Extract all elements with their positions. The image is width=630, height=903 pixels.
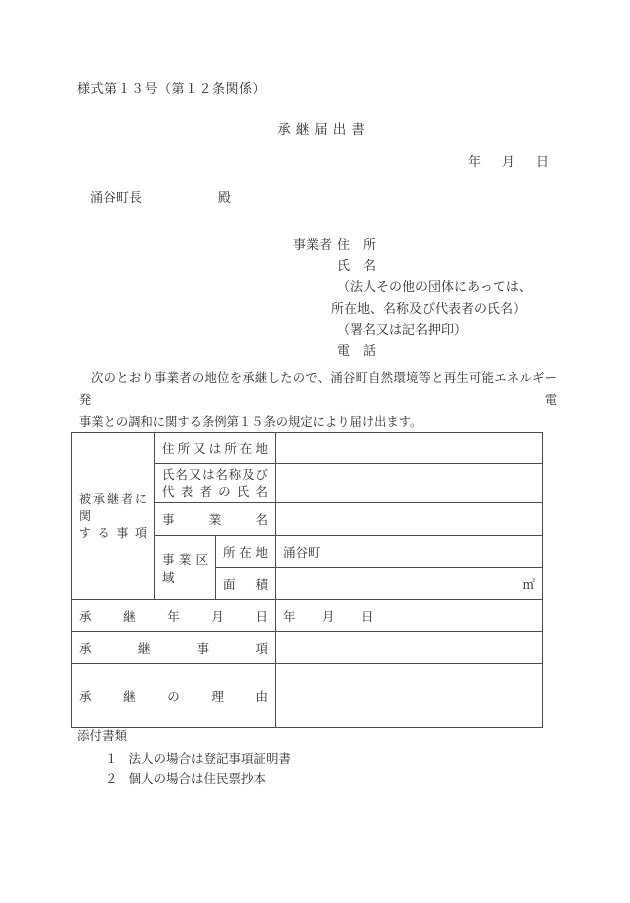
applicant-signature-note: （署名又は記名押印） bbox=[337, 320, 532, 341]
body-line-1: 次のとおり事業者の地位を承継したので、涌谷町自然環境等と再生可能エネルギー発電 bbox=[79, 367, 557, 411]
row-succession-matter: 承継事項 bbox=[72, 632, 543, 664]
business-name-label-cell: 事業名 bbox=[155, 503, 276, 536]
recipient-honorific: 殿 bbox=[218, 191, 231, 207]
succession-matter-label-cell: 承継事項 bbox=[72, 632, 276, 664]
form-number: 様式第１３号（第１２条関係） bbox=[77, 82, 266, 97]
document-title: 承継届出書 bbox=[0, 118, 630, 138]
applicant-phone-line: 電 話 bbox=[337, 341, 532, 362]
business-name-value-cell bbox=[276, 503, 543, 536]
recipient-name: 涌谷町長 bbox=[90, 191, 142, 207]
applicant-address-line: 住 所 bbox=[337, 235, 532, 256]
applicant-block: 事業者 住 所 氏 名 （法人その他の団体にあっては、 所在地、名称及び代表者の… bbox=[293, 235, 532, 362]
succession-matter-value-cell bbox=[276, 632, 543, 664]
applicant-lines: 住 所 氏 名 （法人その他の団体にあっては、 所在地、名称及び代表者の氏名） … bbox=[337, 235, 532, 362]
location-value-cell: 涌谷町 bbox=[276, 536, 543, 568]
address-value-cell bbox=[276, 433, 543, 464]
body-line-2: 事業との調和に関する条例第１５条の規定により届け出ます。 bbox=[79, 411, 557, 433]
document-page: 様式第１３号（第１２条関係） 承継届出書 年 月 日 涌谷町長 殿 事業者 住 … bbox=[0, 0, 630, 903]
body-paragraph: 次のとおり事業者の地位を承継したので、涌谷町自然環境等と再生可能エネルギー発電 … bbox=[79, 367, 557, 433]
attachments-section: 添付書類 １ 法人の場合は登記事項証明書 ２ 個人の場合は住民票抄本 bbox=[77, 728, 291, 789]
applicant-name-line: 氏 名 bbox=[337, 256, 532, 277]
succession-date-label-cell: 承継年月日 bbox=[72, 600, 276, 632]
applicant-label: 事業者 bbox=[293, 235, 332, 256]
address-label-cell: 住所又は所在地 bbox=[155, 433, 276, 464]
attachment-item-1-text: 法人の場合は登記事項証明書 bbox=[129, 751, 292, 766]
attachment-item-2-number: ２ bbox=[105, 771, 118, 786]
name-label-line-2: 代表者の氏名 bbox=[162, 483, 268, 500]
applicant-note-line-1: （法人その他の団体にあっては、 bbox=[337, 277, 532, 298]
row-address: 被承継者に関 する事項 住所又は所在地 bbox=[72, 433, 543, 464]
succession-date-value-cell: 年 月 日 bbox=[276, 600, 543, 632]
applicant-note-line-2: 所在地、名称及び代表者の氏名） bbox=[331, 299, 532, 320]
name-label-line-1: 氏名又は名称及び bbox=[162, 466, 268, 483]
row-succession-date: 承継年月日 年 月 日 bbox=[72, 600, 543, 632]
attachment-item-2: ２ 個人の場合は住民票抄本 bbox=[77, 769, 291, 789]
date-line: 年 月 日 bbox=[468, 155, 553, 171]
name-label-cell: 氏名又は名称及び 代表者の氏名 bbox=[155, 464, 276, 503]
recipient-row: 涌谷町長 殿 bbox=[90, 191, 231, 207]
name-value-cell bbox=[276, 464, 543, 503]
succession-reason-value-cell bbox=[276, 664, 543, 728]
attachment-item-2-text: 個人の場合は住民票抄本 bbox=[129, 771, 267, 786]
attachment-item-1: １ 法人の場合は登記事項証明書 bbox=[77, 749, 291, 769]
succession-reason-label-cell: 承継の理由 bbox=[72, 664, 276, 728]
form-table: 被承継者に関 する事項 住所又は所在地 氏名又は名称及び 代表者の氏名 事業名 … bbox=[71, 432, 543, 728]
area-unit-cell: ㎡ bbox=[276, 568, 543, 600]
location-label-cell: 所在地 bbox=[216, 536, 276, 568]
attachment-item-1-number: １ bbox=[105, 751, 118, 766]
zone-label-cell: 事業区域 bbox=[155, 536, 216, 600]
attachments-heading: 添付書類 bbox=[77, 728, 291, 743]
group-label-cell: 被承継者に関 する事項 bbox=[72, 433, 155, 600]
row-succession-reason: 承継の理由 bbox=[72, 664, 543, 728]
area-label-cell: 面積 bbox=[216, 568, 276, 600]
group-label-line-2: する事項 bbox=[79, 525, 147, 542]
group-label-line-1: 被承継者に関 bbox=[79, 491, 147, 525]
